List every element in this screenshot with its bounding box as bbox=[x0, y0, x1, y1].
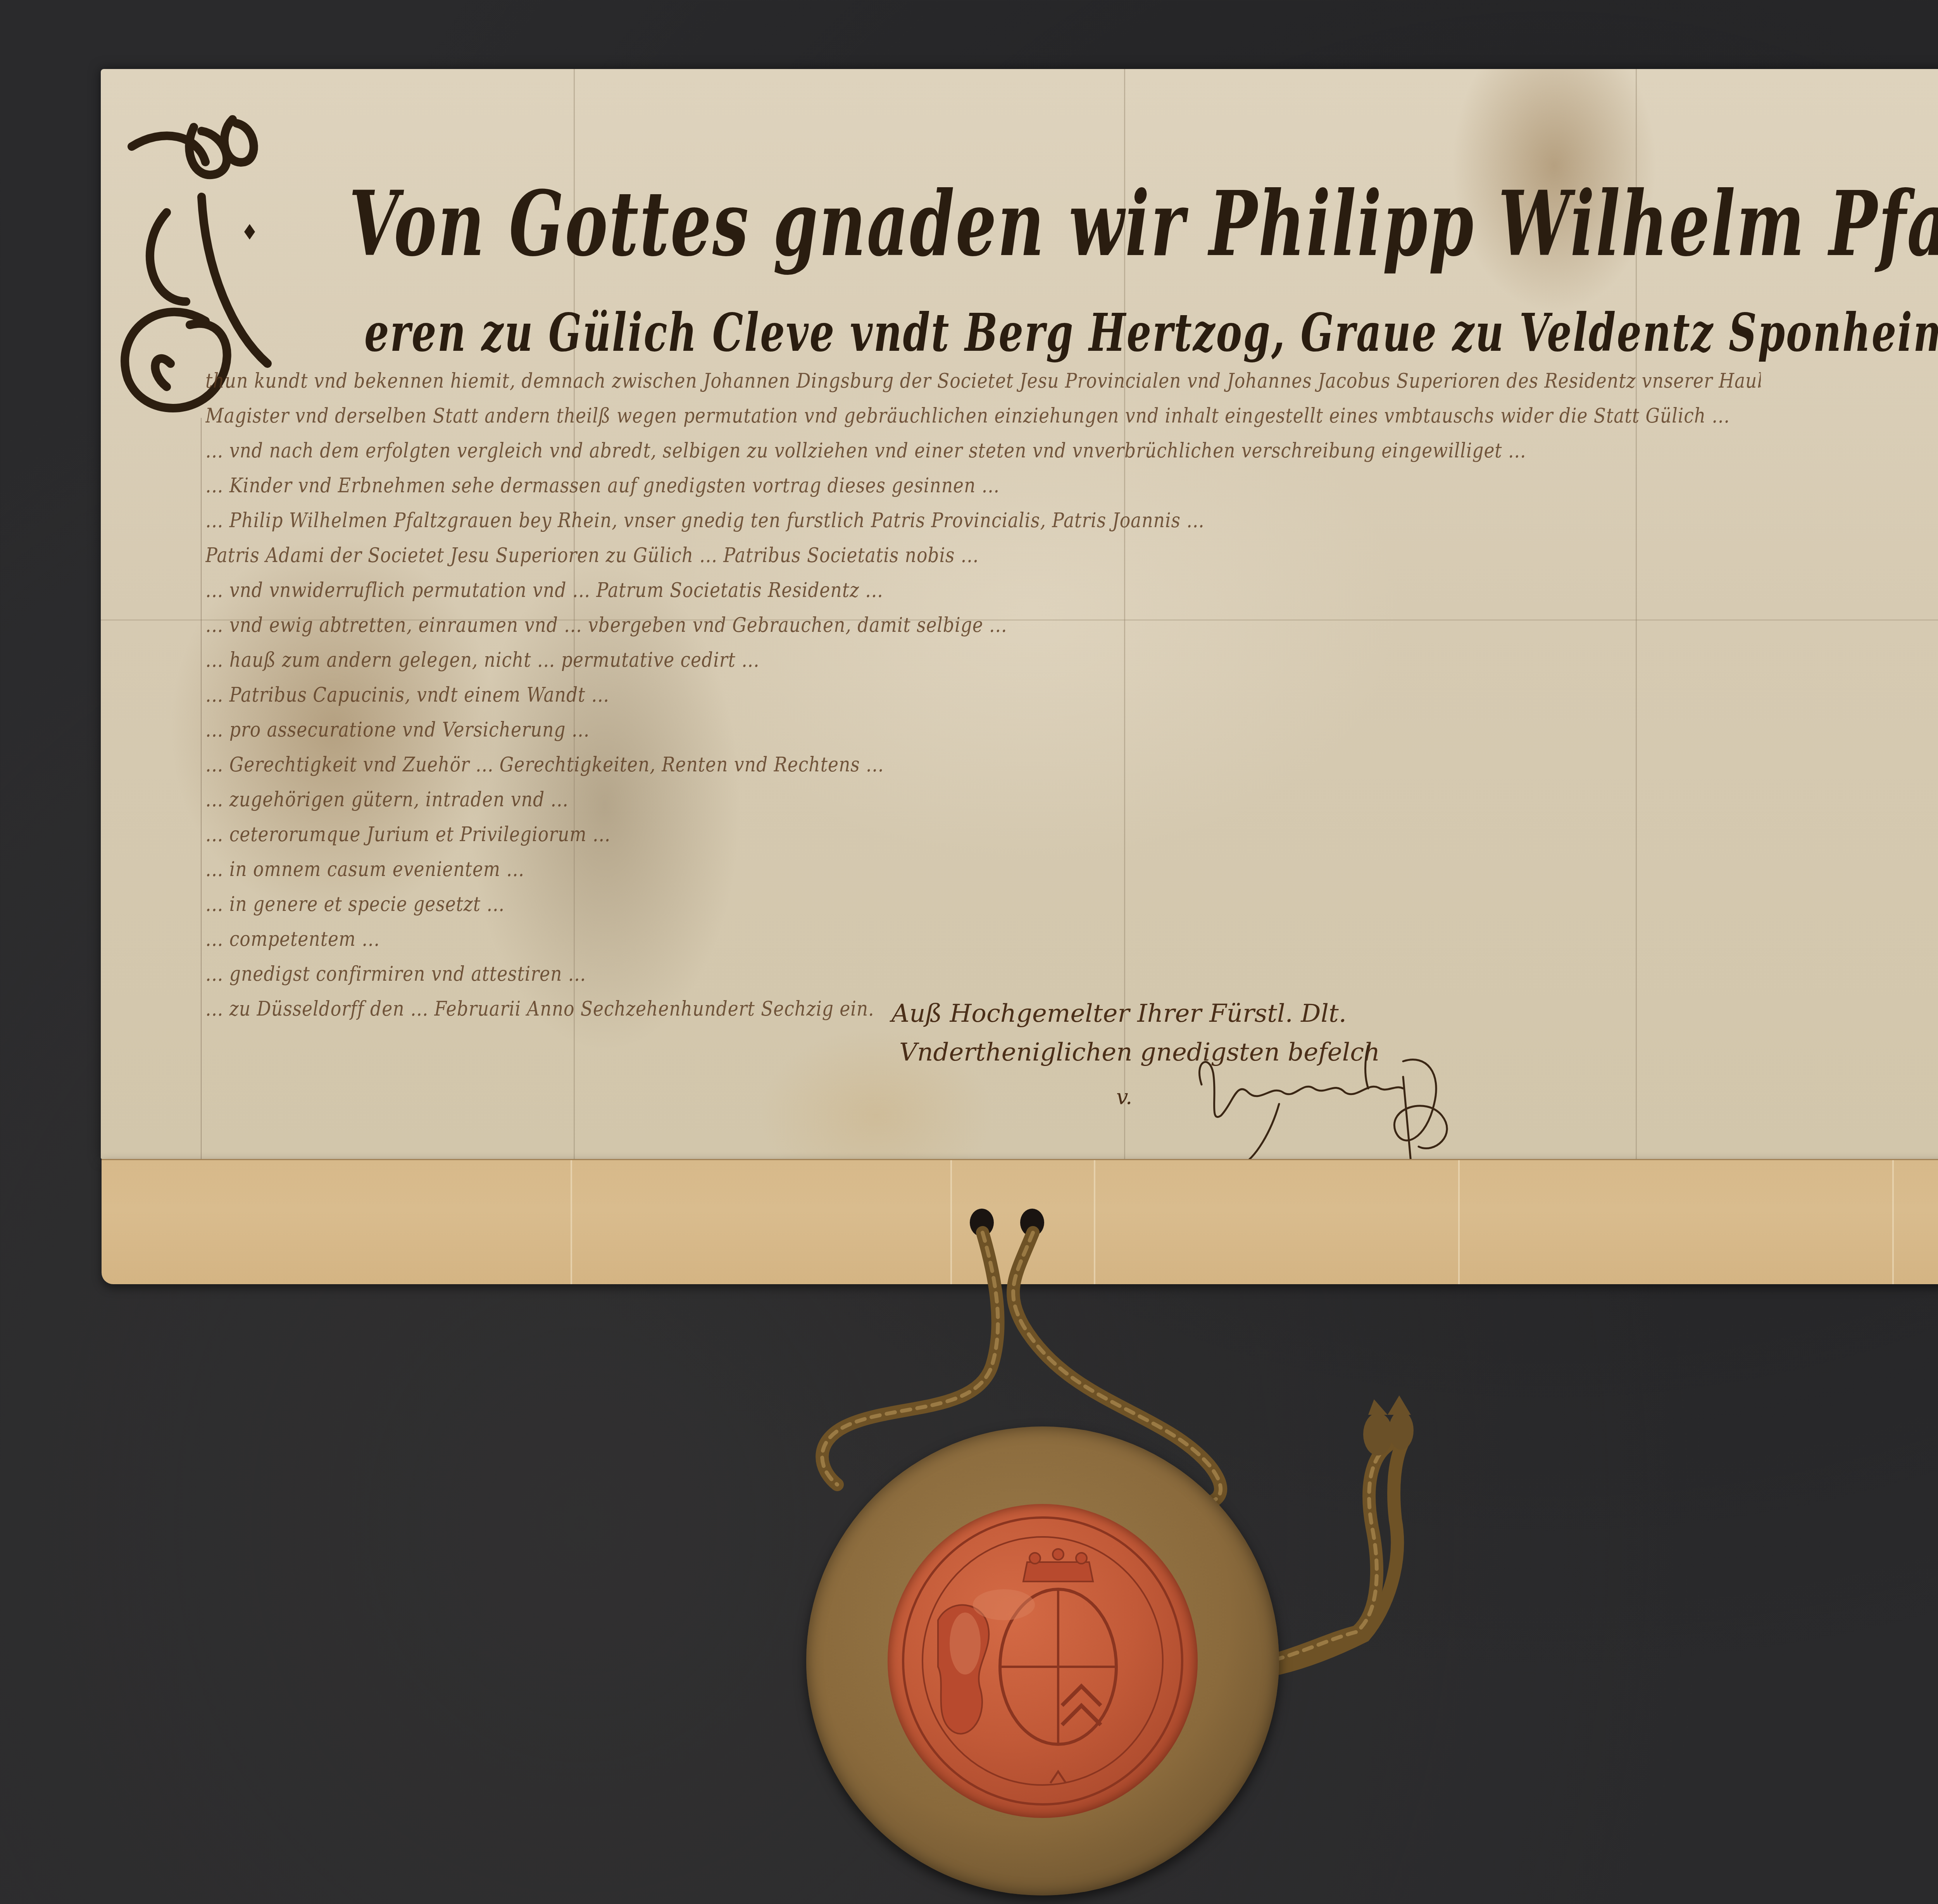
body-line: ... pro assecuratione vnd Versicherung .… bbox=[205, 716, 1761, 743]
body-line: ... Philip Wilhelmen Pfaltzgrauen bey Rh… bbox=[205, 507, 1761, 534]
plica-crease bbox=[950, 1160, 952, 1284]
cord-hole bbox=[1020, 1209, 1044, 1237]
red-wax-seal bbox=[888, 1504, 1198, 1818]
body-line: ... Patribus Capucinis, vndt einem Wandt… bbox=[205, 681, 1761, 709]
heading-line-1: Von Gottes gnaden wir Philipp Wilhelm Pf… bbox=[349, 174, 1938, 274]
charter-parchment: Von Gottes gnaden wir Philipp Wilhelm Pf… bbox=[101, 69, 1938, 1159]
body-line: ... vnd ewig abtretten, einraumen vnd ..… bbox=[205, 612, 1761, 639]
heading-line-2: eren zu Gülich Cleve vndt Berg Hertzog, … bbox=[364, 302, 1938, 364]
body-line: ... in genere et specie gesetzt ... bbox=[205, 891, 1761, 918]
body-line: ... hauß zum andern gelegen, nicht ... p… bbox=[205, 647, 1761, 674]
plica-crease bbox=[571, 1160, 572, 1284]
body-line: ... zugehörigen gütern, intraden vnd ... bbox=[205, 786, 1761, 813]
plica-crease bbox=[1094, 1160, 1095, 1284]
body-line: ... gnedigst confirmiren vnd attestiren … bbox=[205, 961, 1761, 988]
closing-line-1: Auß Hochgemelter Ihrer Fürstl. Dlt. bbox=[891, 999, 1347, 1028]
plica-crease bbox=[1458, 1160, 1460, 1284]
body-line: ... Gerechtigkeit vnd Zuehör ... Gerecht… bbox=[205, 751, 1761, 778]
signature-icon bbox=[1186, 1038, 1496, 1178]
body-line: ... vnd vnwiderruflich permutation vnd .… bbox=[205, 577, 1761, 604]
body-line: Magister vnd derselben Statt andern thei… bbox=[205, 402, 1761, 429]
body-line: ... vnd nach dem erfolgten vergleich vnd… bbox=[205, 437, 1761, 464]
cord-hole bbox=[970, 1209, 994, 1237]
cord-tassel bbox=[1363, 1395, 1414, 1456]
ruled-margin-line bbox=[201, 418, 202, 1174]
signature-prefix: v. bbox=[1116, 1085, 1132, 1109]
body-line: Patris Adami der Societet Jesu Superiore… bbox=[205, 542, 1761, 569]
body-line: ... Kinder vnd Erbnehmen sehe dermassen … bbox=[205, 472, 1761, 499]
body-line: ... ceterorumque Jurium et Privilegiorum… bbox=[205, 821, 1761, 848]
coat-of-arms-icon bbox=[888, 1504, 1198, 1818]
plica-crease bbox=[1892, 1160, 1894, 1284]
body-line: ... competentem ... bbox=[205, 926, 1761, 953]
plica-fold bbox=[102, 1159, 1938, 1284]
body-line: thun kundt vnd bekennen hiemit, demnach … bbox=[205, 367, 1761, 395]
body-line: ... in omnem casum evenientem ... bbox=[205, 856, 1761, 883]
seal-wooden-capsule bbox=[806, 1426, 1279, 1895]
